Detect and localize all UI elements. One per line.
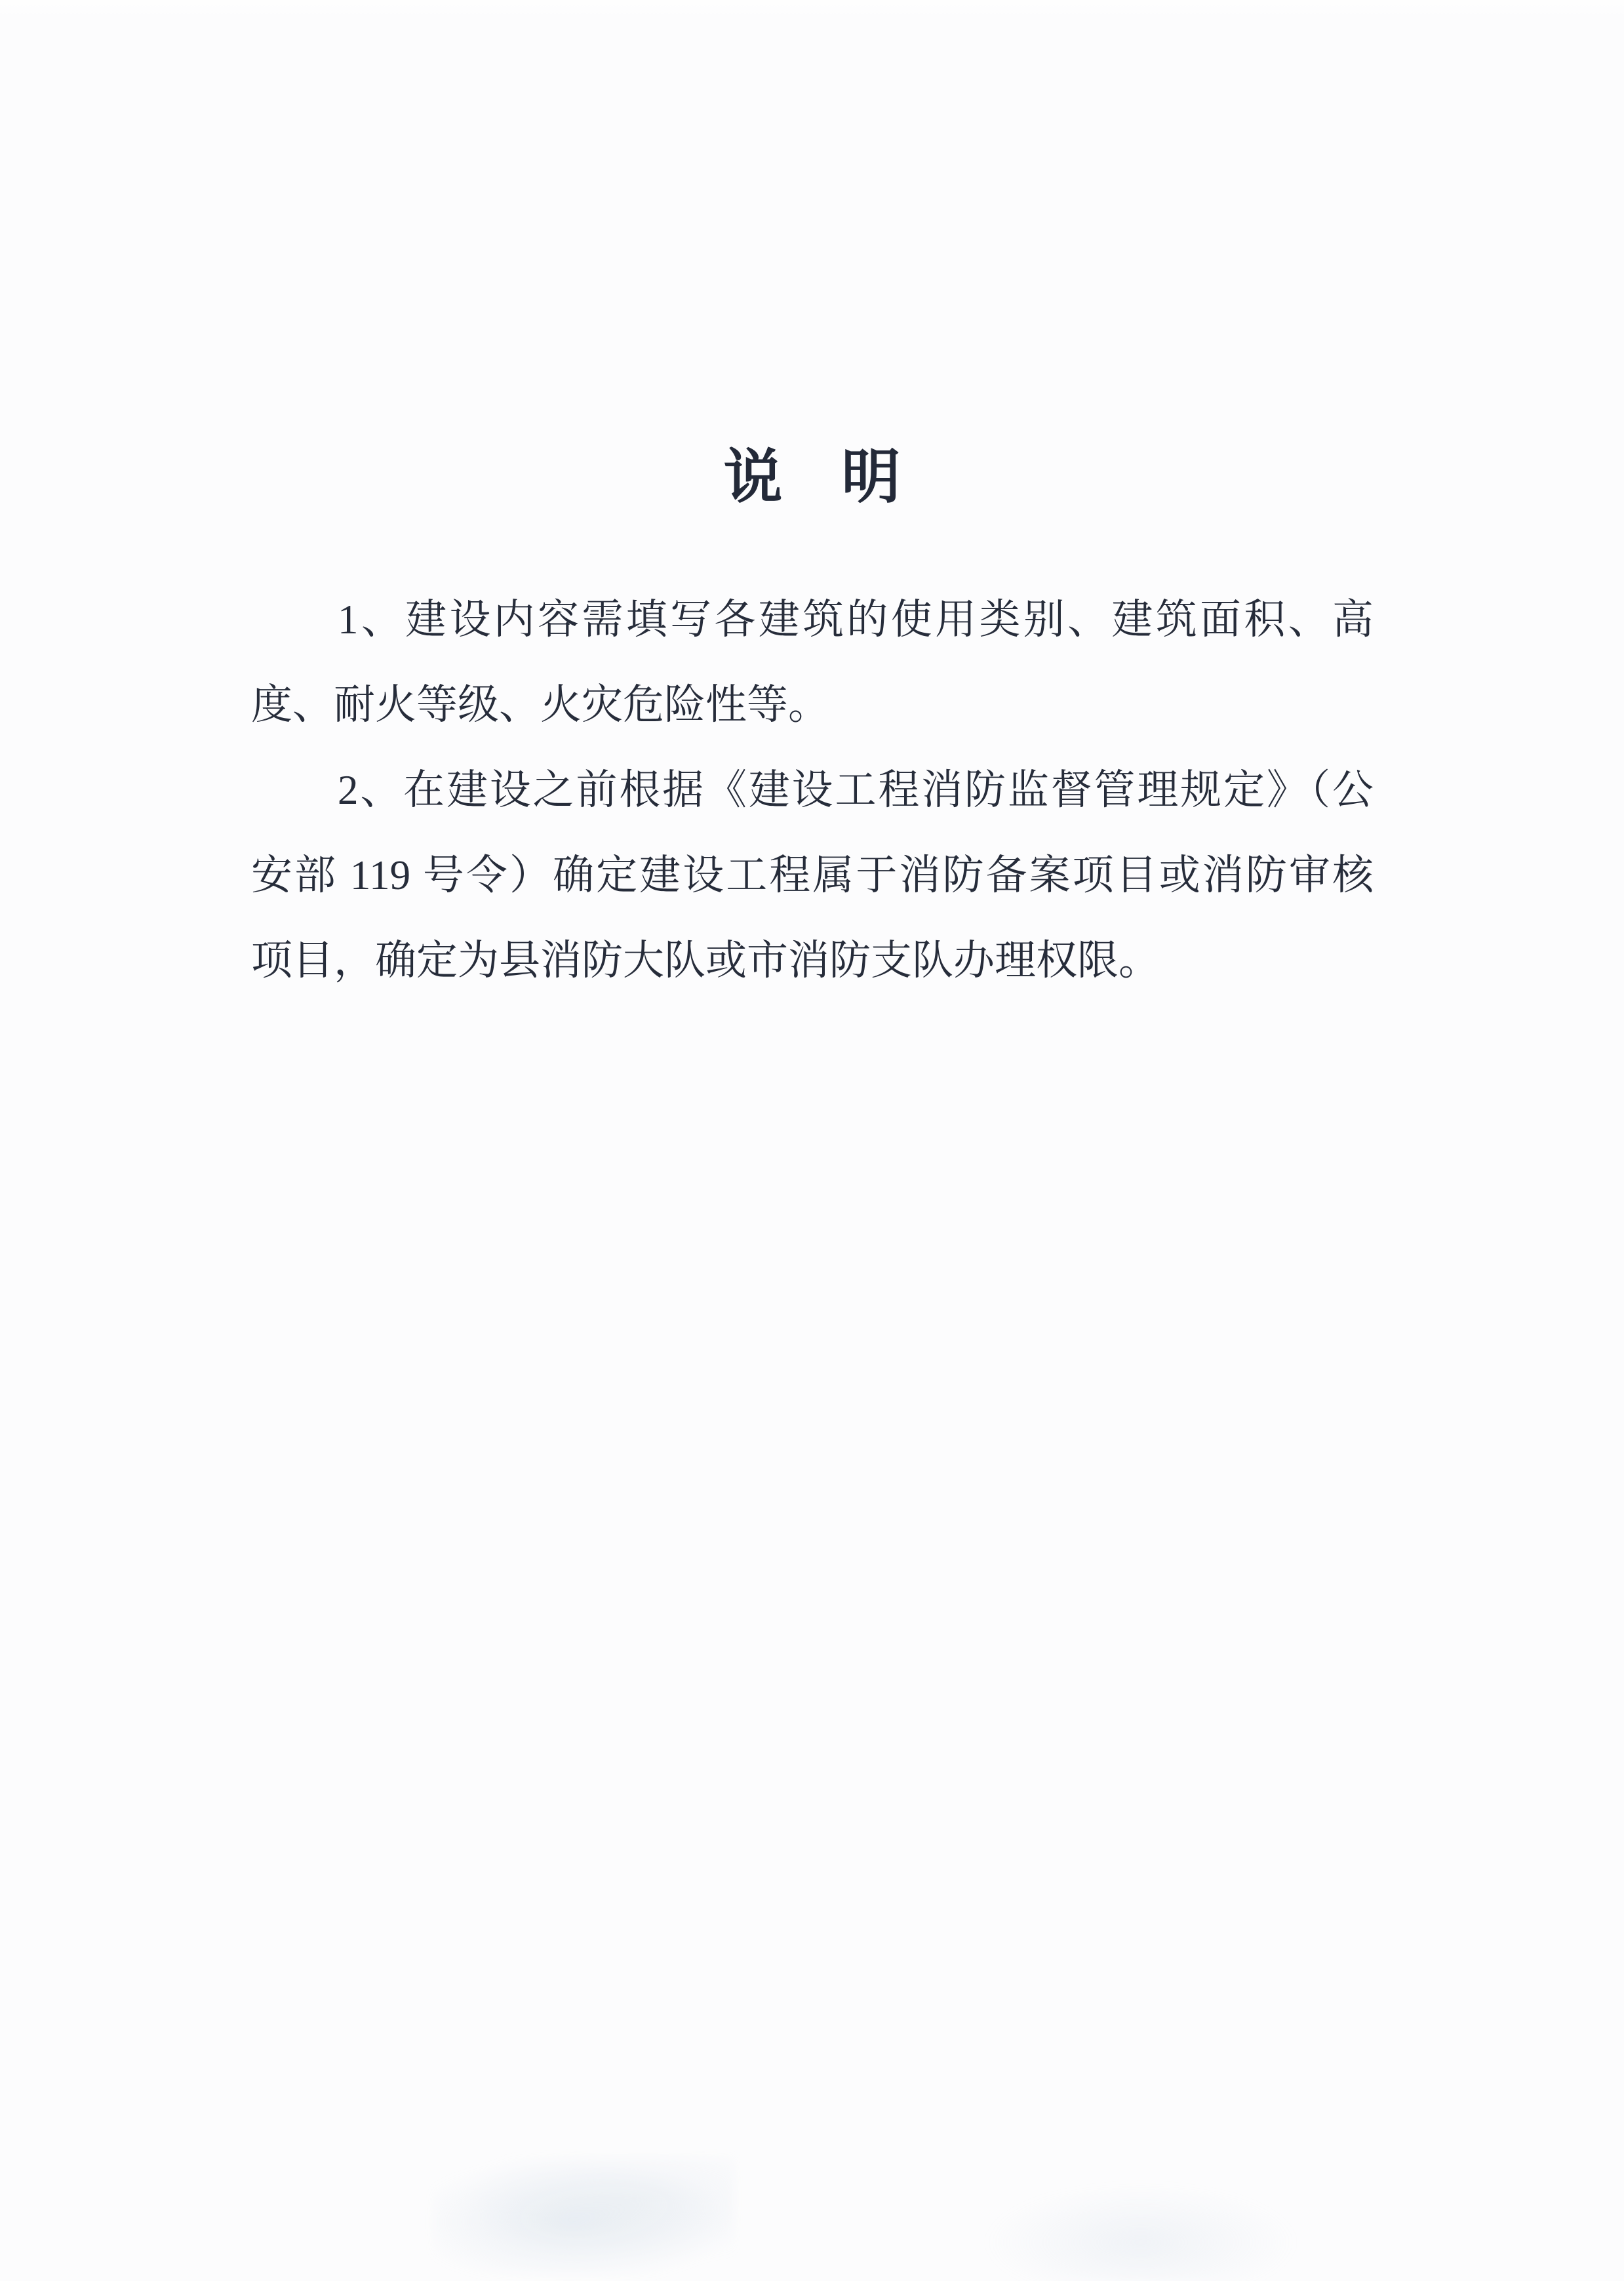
paragraph-2-line-1: 2、在建设之前根据《建设工程消防监督管理规定》（公 xyxy=(251,747,1374,833)
paragraph-1-line-1: 1、建设内容需填写各建筑的使用类别、建筑面积、高 xyxy=(251,577,1374,662)
page-title: 说 明 xyxy=(0,447,1624,509)
paragraph-1-line-2: 度、耐火等级、火灾危险性等。 xyxy=(251,662,1374,747)
page-background xyxy=(0,0,1624,2281)
paragraph-2-line-3: 项目，确定为县消防大队或市消防支队办理权限。 xyxy=(251,918,1374,1003)
paragraph-2-line-2: 安部 119 号令）确定建设工程属于消防备案项目或消防审核 xyxy=(251,833,1374,918)
body-text: 1、建设内容需填写各建筑的使用类别、建筑面积、高 度、耐火等级、火灾危险性等。 … xyxy=(251,577,1374,1003)
scanned-document-page: { "document": { "title": "说 明", "text_co… xyxy=(0,0,1624,2281)
